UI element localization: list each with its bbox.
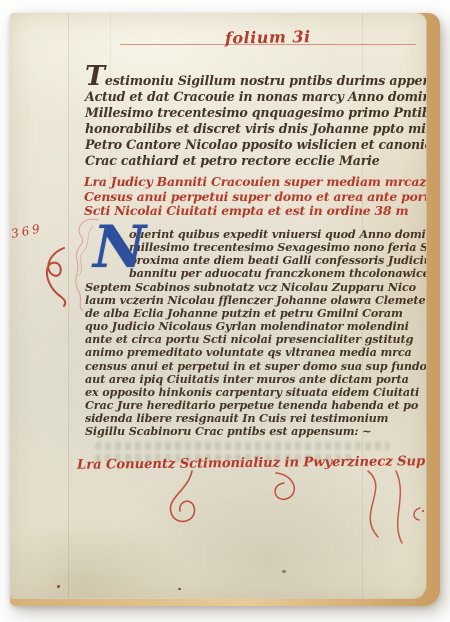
illuminated-initial: N [93, 218, 135, 276]
folio-number: folium 3i [225, 25, 405, 47]
text-line: honorabilibs et discret viris dnis Johan… [85, 121, 420, 137]
text-line: bannitu per aduocatu franczkonem thcolon… [129, 267, 423, 280]
ink-speck [178, 588, 181, 590]
text-line: Millesimo trecentesimo qnquagesimo primo… [85, 105, 420, 121]
text-line: Crac cathiard et petro rectore ecclie Ma… [85, 153, 420, 169]
text-line: laum vczerin Nicolau fflenczer Johanne o… [85, 294, 423, 307]
text-line: Petro Cantore Nicolao pposito wislicien … [85, 137, 420, 153]
opening-paragraph: Testimoniu Sigillum nostru pntibs durims… [85, 69, 420, 170]
main-paragraph: N ouerint quibus expedit vniuersi quod A… [85, 228, 423, 439]
text-line: Septem Scabinos subnotatz vcz Nicolau Zu… [85, 281, 423, 294]
text-line: Sigillu Scabinoru Crac pntibs est appens… [85, 425, 423, 438]
text-line: Actud et dat Cracouie in nonas marcy Ann… [85, 89, 420, 105]
bleedthrough-line [95, 442, 390, 450]
manuscript-photo: folium 3i Testimoniu Sigillum nostru pnt… [0, 0, 450, 622]
text-line: Testimoniu Sigillum nostru pntibs durims… [85, 69, 420, 89]
margin-paraph-icon [40, 244, 72, 308]
footer-flourish-icon [150, 471, 400, 546]
text-line: animo premeditato voluntate qs vltranea … [85, 346, 423, 359]
ink-speck [57, 585, 60, 588]
text-line: census anui et perpetui in et super domo… [85, 360, 423, 373]
margin-folio-number: 369 [10, 221, 44, 241]
footer-rubric-line: Lra Conuentz Sctimonialiuz in Pwyerzinec… [77, 454, 417, 473]
rubric-line: Census anui perpetui super domo et area … [84, 190, 419, 205]
rubric-line: Lra Judicy Banniti Cracouien super media… [84, 175, 419, 190]
text-line: aut area ipiq Ciuitatis inter muros ante… [85, 373, 423, 386]
ink-speck [282, 570, 286, 573]
parchment-page: folium 3i Testimoniu Sigillum nostru pnt… [10, 13, 427, 599]
book-fore-edge: folium 3i Testimoniu Sigillum nostru pnt… [10, 13, 440, 606]
margin-red-mark-icon [408, 505, 426, 527]
